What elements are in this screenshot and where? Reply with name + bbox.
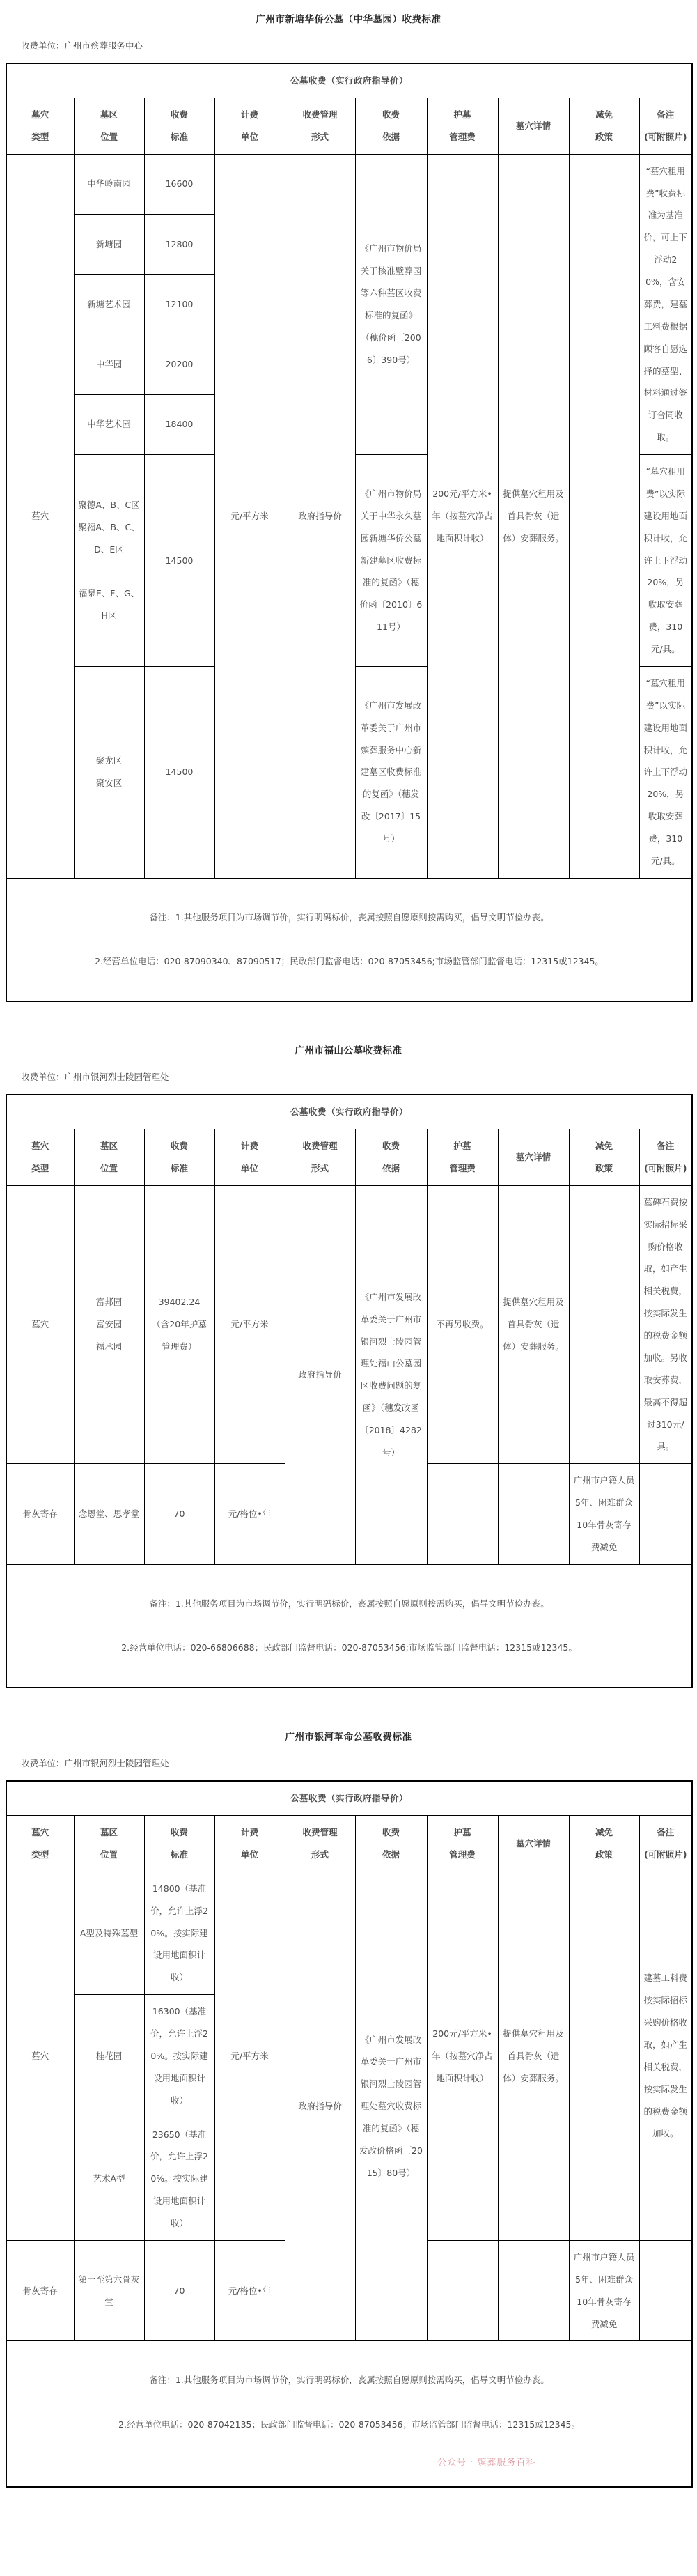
- charging-unit-line: 收费单位：广州市银河烈士陵园管理处: [21, 1757, 697, 1769]
- page-title: 广州市新塘华侨公墓（中华墓园）收费标准: [0, 0, 697, 25]
- cell-basis: 《广州市物价局关于核准壁葬园等六种墓区收费标准的复函》（穗价函〔2006〕390…: [355, 154, 427, 454]
- col-price: 收费 标准: [144, 98, 214, 154]
- col-relief: 减免 政策: [569, 1129, 639, 1186]
- col-price: 收费 标准: [144, 1129, 214, 1186]
- cell-remark: 建墓工料费按实际招标采购价格收取，如产生相关税费，按实际发生的税费金额加收。: [639, 1872, 692, 2240]
- col-relief: 减免 政策: [569, 98, 639, 154]
- cell-mgmt-form: 政府指导价: [285, 154, 355, 878]
- col-grave-type: 墓穴 类型: [6, 1129, 74, 1186]
- col-remark: 备注 (可附照片): [639, 98, 692, 154]
- col-grave-type: 墓穴 类型: [6, 1816, 74, 1872]
- charging-unit-line: 收费单位：广州市银河烈士陵园管理处: [21, 1070, 697, 1083]
- table-row: 墓穴 富邦园 富安园 福承园 39402.24 （含20年护墓管理费） 元/平方…: [6, 1185, 692, 1464]
- cell-area: 桂花园: [74, 1995, 144, 2118]
- cell-area: 中华岭南园: [74, 154, 144, 214]
- page-title: 广州市福山公墓收费标准: [0, 1002, 697, 1056]
- cell-price: 70: [144, 1464, 214, 1565]
- note-line-1: 备注：1.其他服务项目为市场调节价，实行明码标价，丧属按照自愿原则按需购买，倡导…: [10, 2369, 688, 2391]
- col-unit: 计费 单位: [214, 1816, 285, 1872]
- table-row: 墓穴 中华岭南园 16600 元/平方米 政府指导价 《广州市物价局关于核准壁葬…: [6, 154, 692, 214]
- cell-area: A型及特殊墓型: [74, 1872, 144, 1994]
- col-unit: 计费 单位: [214, 1129, 285, 1186]
- cell-price: 23650（基准价，允许上浮20%。按实际建设用地面积计收）: [144, 2118, 214, 2240]
- cell-area: 念恩堂、思孝堂: [74, 1464, 144, 1565]
- cell-price: 18400: [144, 394, 214, 454]
- col-mgmt-form: 收费管理 形式: [285, 1129, 355, 1186]
- cell-grave-type: 墓穴: [6, 1872, 74, 2240]
- cell-basis: 《广州市发展改革委关于广州市银河烈士陵园管理处福山公墓园区收费问题的复函》（穗发…: [355, 1185, 427, 1564]
- cell-relief-empty: [569, 154, 639, 878]
- fee-table-yinhe: 公墓收费（实行政府指导价） 墓穴 类型 墓区 位置 收费 标准 计费 单位 收费…: [6, 1780, 693, 2488]
- cell-grave-type: 墓穴: [6, 1185, 74, 1464]
- note-line-2: 2.经营单位电话：020-87090340、87090517；民政部门监督电话：…: [10, 950, 688, 973]
- note-line-1: 备注：1.其他服务项目为市场调节价，实行明码标价，丧属按照自愿原则按需购买，倡导…: [10, 907, 688, 929]
- cell-price: 14800（基准价，允许上浮20%。按实际建设用地面积计收）: [144, 1872, 214, 1994]
- note-line-2: 2.经营单位电话：020-87042135；民政部门监督电话：020-87053…: [10, 2414, 688, 2436]
- fee-table-fushan: 公墓收费（实行政府指导价） 墓穴 类型 墓区 位置 收费 标准 计费 单位 收费…: [6, 1094, 693, 1688]
- fee-standards-page: { "band": "公墓收费（实行政府指导价）", "cols": ["墓穴\…: [0, 0, 697, 2576]
- cell-remark: “墓穴租用费”收费标准为基准价，可上下浮动20%，含安葬费，建墓工料费根据顾客自…: [639, 154, 692, 454]
- cell-price: 39402.24 （含20年护墓管理费）: [144, 1185, 214, 1464]
- cell-basis: 《广州市物价局关于中华永久墓园新塘华侨公墓新建墓区收费标准的复函》（穗价函〔20…: [355, 455, 427, 667]
- col-detail: 墓穴详情: [498, 1129, 569, 1186]
- cell-area: 第一至第六骨灰堂: [74, 2240, 144, 2341]
- fee-table-xintang: 公墓收费（实行政府指导价） 墓穴 类型 墓区 位置 收费 标准 计费 单位 收费…: [6, 63, 693, 1002]
- cell-care-fee: 200元/平方米•年（按墓穴净占地面积计收）: [427, 1872, 498, 2240]
- col-detail: 墓穴详情: [498, 1816, 569, 1872]
- cell-care-fee: 不再另收费。: [427, 1185, 498, 1464]
- col-remark: 备注 (可附照片): [639, 1816, 692, 1872]
- header-row: 墓穴 类型 墓区 位置 收费 标准 计费 单位 收费管理 形式 收费 依据 护墓…: [6, 1816, 692, 1872]
- cell-price: 70: [144, 2240, 214, 2341]
- cell-mgmt-form: 政府指导价: [285, 1872, 355, 2341]
- cell-price: 12100: [144, 275, 214, 334]
- col-remark: 备注 (可附照片): [639, 1129, 692, 1186]
- col-area: 墓区 位置: [74, 1129, 144, 1186]
- notes-row: 备注：1.其他服务项目为市场调节价，实行明码标价，丧属按照自愿原则按需购买，倡导…: [6, 878, 692, 1001]
- cell-care-fee-empty: [427, 1464, 498, 1565]
- cell-unit: 元/格位•年: [214, 2240, 285, 2341]
- cell-unit: 元/平方米: [214, 1872, 285, 2240]
- cell-area: 聚龙区 聚安区: [74, 666, 144, 878]
- table-notes: 备注：1.其他服务项目为市场调节价，实行明码标价，丧属按照自愿原则按需购买，倡导…: [6, 1564, 692, 1688]
- cell-price: 12800: [144, 214, 214, 274]
- col-detail: 墓穴详情: [498, 98, 569, 154]
- cell-mgmt-form: 政府指导价: [285, 1185, 355, 1564]
- notes-row: 备注：1.其他服务项目为市场调节价，实行明码标价，丧属按照自愿原则按需购买，倡导…: [6, 2341, 692, 2487]
- cell-relief-empty: [569, 1872, 639, 2240]
- col-area: 墓区 位置: [74, 98, 144, 154]
- cell-area: 中华园: [74, 334, 144, 394]
- cell-grave-type: 墓穴: [6, 154, 74, 878]
- cell-unit: 元/格位•年: [214, 1464, 285, 1565]
- band-row: 公墓收费（实行政府指导价）: [6, 1095, 692, 1129]
- cell-price: 16300（基准价，允许上浮20%。按实际建设用地面积计收）: [144, 1995, 214, 2118]
- cell-area: 聚德A、B、C区聚福A、B、C、D、E区 福泉E、F、G、H区: [74, 455, 144, 667]
- col-care-fee: 护墓 管理费: [427, 1129, 498, 1186]
- notes-row: 备注：1.其他服务项目为市场调节价，实行明码标价，丧属按照自愿原则按需购买，倡导…: [6, 1564, 692, 1688]
- table-band-title: 公墓收费（实行政府指导价）: [6, 1095, 692, 1129]
- col-mgmt-form: 收费管理 形式: [285, 98, 355, 154]
- cell-area: 艺术A型: [74, 2118, 144, 2240]
- cell-price: 20200: [144, 334, 214, 394]
- cell-basis: 《广州市发展改革委关于广州市银河烈士陵园管理处墓穴收费标准的复函》（穗发改价格函…: [355, 1872, 427, 2341]
- col-basis: 收费 依据: [355, 1816, 427, 1872]
- col-unit: 计费 单位: [214, 98, 285, 154]
- bottom-spacer: [0, 2488, 697, 2497]
- cell-detail: 提供墓穴租用及首具骨灰（遗体）安葬服务。: [498, 154, 569, 878]
- band-row: 公墓收费（实行政府指导价）: [6, 1781, 692, 1815]
- section-xintang-cemetery: 广州市新塘华侨公墓（中华墓园）收费标准 收费单位：广州市殡葬服务中心 公墓收费（…: [0, 0, 697, 1002]
- cell-care-fee-empty: [427, 2240, 498, 2341]
- wechat-watermark: 公众号 · 殡葬服务百科: [437, 2451, 535, 2474]
- col-grave-type: 墓穴 类型: [6, 98, 74, 154]
- cell-care-fee: 200元/平方米•年（按墓穴净占地面积计收）: [427, 154, 498, 878]
- col-price: 收费 标准: [144, 1816, 214, 1872]
- cell-remark: 墓碑石费按实际招标采购价格收取，如产生相关税费，按实际发生的税费金额加收。另收取…: [639, 1185, 692, 1464]
- col-basis: 收费 依据: [355, 1129, 427, 1186]
- col-area: 墓区 位置: [74, 1816, 144, 1872]
- section-yinhe-cemetery: 广州市银河革命公墓收费标准 收费单位：广州市银河烈士陵园管理处 公墓收费（实行政…: [0, 1688, 697, 2488]
- cell-detail-empty: [498, 1464, 569, 1565]
- col-care-fee: 护墓 管理费: [427, 1816, 498, 1872]
- cell-unit: 元/平方米: [214, 1185, 285, 1464]
- note-line-1: 备注：1.其他服务项目为市场调节价，实行明码标价，丧属按照自愿原则按需购买，倡导…: [10, 1593, 688, 1615]
- cell-basis: 《广州市发展改革委关于广州市殡葬服务中心新建墓区收费标准的复函》（穗发改〔201…: [355, 666, 427, 878]
- cell-remark-empty: [639, 2240, 692, 2341]
- col-basis: 收费 依据: [355, 98, 427, 154]
- charging-unit-line: 收费单位：广州市殡葬服务中心: [21, 39, 697, 52]
- cell-unit: 元/平方米: [214, 154, 285, 878]
- cell-remark: “墓穴租用费”以实际建设用地面积计收，允许上下浮动20%，另收取安葬费，310元…: [639, 666, 692, 878]
- band-row: 公墓收费（实行政府指导价）: [6, 63, 692, 98]
- header-row: 墓穴 类型 墓区 位置 收费 标准 计费 单位 收费管理 形式 收费 依据 护墓…: [6, 98, 692, 154]
- table-band-title: 公墓收费（实行政府指导价）: [6, 1781, 692, 1815]
- cell-detail: 提供墓穴租用及首具骨灰（遗体）安葬服务。: [498, 1185, 569, 1464]
- table-band-title: 公墓收费（实行政府指导价）: [6, 63, 692, 98]
- col-mgmt-form: 收费管理 形式: [285, 1816, 355, 1872]
- cell-area: 新塘艺术园: [74, 275, 144, 334]
- cell-area: 中华艺术园: [74, 394, 144, 454]
- col-relief: 减免 政策: [569, 1816, 639, 1872]
- page-title: 广州市银河革命公墓收费标准: [0, 1688, 697, 1743]
- cell-price: 16600: [144, 154, 214, 214]
- header-row: 墓穴 类型 墓区 位置 收费 标准 计费 单位 收费管理 形式 收费 依据 护墓…: [6, 1129, 692, 1186]
- cell-area: 富邦园 富安园 福承园: [74, 1185, 144, 1464]
- cell-remark-empty: [639, 1464, 692, 1565]
- cell-price: 14500: [144, 666, 214, 878]
- table-row: 墓穴 A型及特殊墓型 14800（基准价，允许上浮20%。按实际建设用地面积计收…: [6, 1872, 692, 1994]
- cell-grave-type: 骨灰寄存: [6, 2240, 74, 2341]
- note-line-2: 2.经营单位电话：020-66806688；民政部门监督电话：020-87053…: [10, 1637, 688, 1659]
- col-care-fee: 护墓 管理费: [427, 98, 498, 154]
- cell-area: 新塘园: [74, 214, 144, 274]
- cell-price: 14500: [144, 455, 214, 667]
- table-notes: 备注：1.其他服务项目为市场调节价，实行明码标价，丧属按照自愿原则按需购买，倡导…: [6, 2341, 692, 2487]
- cell-grave-type: 骨灰寄存: [6, 1464, 74, 1565]
- cell-remark: “墓穴租用费”以实际建设用地面积计收，允许上下浮动20%，另收取安葬费，310元…: [639, 455, 692, 667]
- cell-relief: 广州市户籍人员5年、困难群众10年骨灰寄存费减免: [569, 2240, 639, 2341]
- table-notes: 备注：1.其他服务项目为市场调节价，实行明码标价，丧属按照自愿原则按需购买，倡导…: [6, 878, 692, 1001]
- cell-detail-empty: [498, 2240, 569, 2341]
- cell-relief: 广州市户籍人员5年、困难群众10年骨灰寄存费减免: [569, 1464, 639, 1565]
- section-fushan-cemetery: 广州市福山公墓收费标准 收费单位：广州市银河烈士陵园管理处 公墓收费（实行政府指…: [0, 1002, 697, 1688]
- cell-relief-empty: [569, 1185, 639, 1464]
- cell-detail: 提供墓穴租用及首具骨灰（遗体）安葬服务。: [498, 1872, 569, 2240]
